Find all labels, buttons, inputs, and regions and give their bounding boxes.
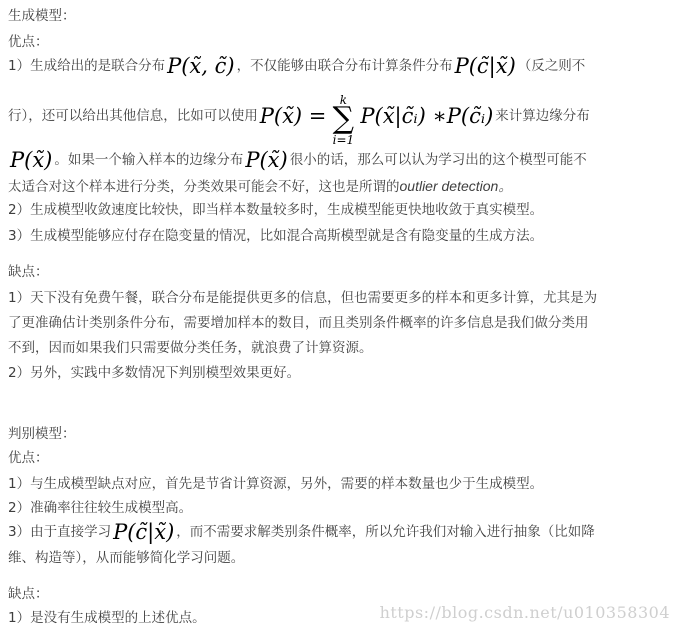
discriminative-title: 判别模型： xyxy=(8,424,76,444)
outlier-detection-term: outlier detection。 xyxy=(400,178,513,194)
discriminative-con-1: 1）是没有生成模型的上述优点。 xyxy=(8,608,206,628)
text: （反之则不 xyxy=(518,58,586,74)
generative-con-1-line-2: 了更准确估计类别条件分布，需要增加样本的数目，而且类别条件概率的许多信息是我们做… xyxy=(8,313,589,333)
math-conditional-distribution: P(c̃|x̃) xyxy=(111,520,176,544)
text: ，而不需要求解类别条件概率，所以允许我们对输入进行抽象（比如降 xyxy=(176,524,595,540)
generative-pro-1-line-2: 行），还可以给出其他信息，比如可以使用P(x̃) =k∑i=1P(x̃|c̃ᵢ)… xyxy=(8,104,590,124)
discriminative-pros-label: 优点： xyxy=(8,448,49,468)
generative-pro-2: 2）生成模型收敛速度比较快，即当样本数量较多时，生成模型能更快地收敛于真实模型。 xyxy=(8,200,543,220)
math-marginal: P(x̃) xyxy=(8,148,54,172)
text: ，不仅能够由联合分布计算条件分布 xyxy=(237,58,453,74)
math-marginal: P(x̃) xyxy=(243,148,289,172)
generative-pro-1-line-1: 1）生成给出的是联合分布P(x̃, c̃)，不仅能够由联合分布计算条件分布P(c… xyxy=(8,56,585,76)
math-joint-distribution: P(x̃, c̃) xyxy=(165,54,236,78)
sum-lower: i=1 xyxy=(328,130,358,150)
generative-title: 生成模型： xyxy=(8,6,76,26)
text: 1）生成给出的是联合分布 xyxy=(8,58,165,74)
summation: k∑i=1 xyxy=(328,104,358,134)
text: 来计算边缘分布 xyxy=(495,108,590,124)
text: 很小的话，那么可以认为学习出的这个模型可能不 xyxy=(290,152,587,168)
discriminative-pro-2: 2）准确率往往较生成模型高。 xyxy=(8,498,192,518)
discriminative-pro-1: 1）与生成模型缺点对应，首先是节省计算资源，另外，需要的样本数量也少于生成模型。 xyxy=(8,474,543,494)
discriminative-cons-label: 缺点： xyxy=(8,584,49,604)
generative-con-2: 2）另外，实践中多数情况下判别模型效果更好。 xyxy=(8,363,300,383)
discriminative-pro-3-line-2: 维、构造等），从而能够简化学习问题。 xyxy=(8,548,244,568)
generative-pro-3: 3）生成模型能够应付存在隐变量的情况，比如混合高斯模型就是含有隐变量的生成方法。 xyxy=(8,226,543,246)
generative-con-1-line-1: 1）天下没有免费午餐，联合分布是能提供更多的信息，但也需要更多的样本和更多计算，… xyxy=(8,288,597,308)
generative-cons-label: 缺点： xyxy=(8,262,49,282)
math-marginal: P(x̃) = xyxy=(258,104,329,128)
watermark: https://blog.csdn.net/u010358304 xyxy=(380,603,670,622)
discriminative-pro-3-line-1: 3）由于直接学习P(c̃|x̃)，而不需要求解类别条件概率，所以允许我们对输入进… xyxy=(8,522,595,542)
math-conditional-distribution: P(c̃|x̃) xyxy=(453,54,518,78)
text: 太适合对这个样本进行分类，分类效果可能会不好，这也是所谓的 xyxy=(8,179,400,195)
sum-upper: k xyxy=(328,90,358,110)
generative-con-1-line-3: 不到，因而如果我们只需要做分类任务，就浪费了计算资源。 xyxy=(8,338,373,358)
generative-pro-1-line-3: P(x̃)。如果一个输入样本的边缘分布P(x̃)很小的话，那么可以认为学习出的这… xyxy=(8,150,587,170)
text: 。如果一个输入样本的边缘分布 xyxy=(54,152,243,168)
math-sum-term: P(x̃|c̃ᵢ) ∗P(c̃ᵢ) xyxy=(358,104,495,128)
generative-pros-label: 优点： xyxy=(8,32,49,52)
text: 3）由于直接学习 xyxy=(8,524,111,540)
text: 行），还可以给出其他信息，比如可以使用 xyxy=(8,108,258,124)
generative-pro-1-line-4: 太适合对这个样本进行分类，分类效果可能会不好，这也是所谓的outlier det… xyxy=(8,176,512,196)
